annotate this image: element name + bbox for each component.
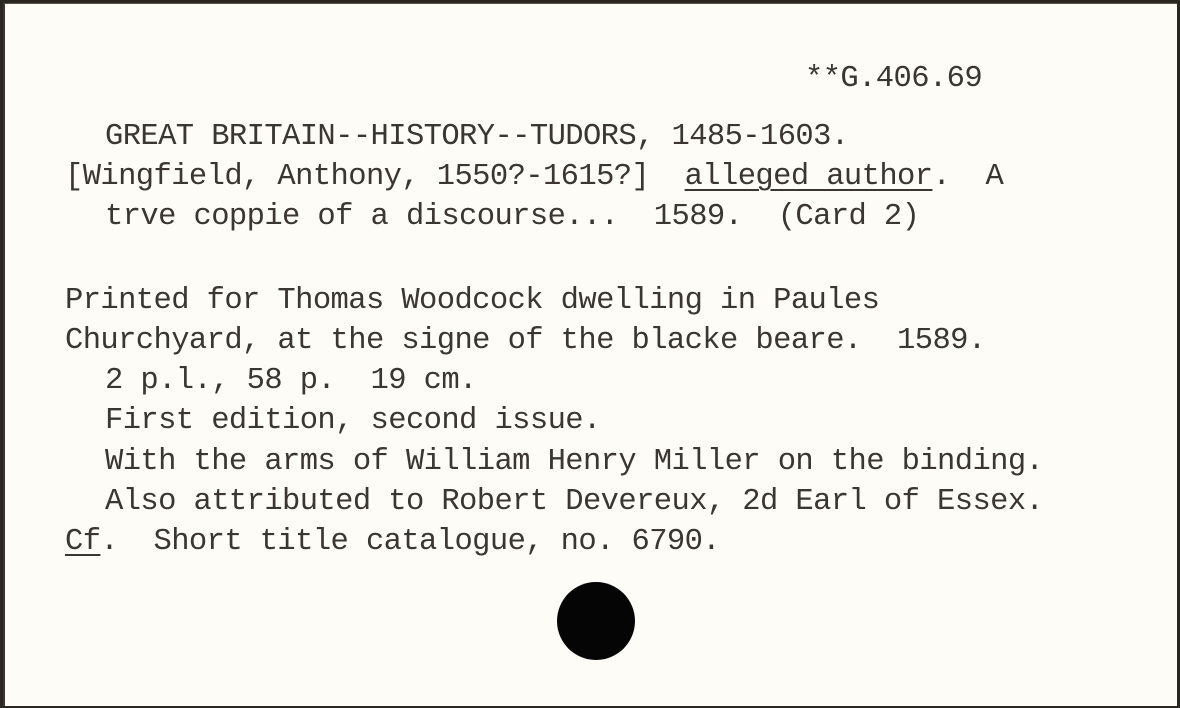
imprint-line-1: Printed for Thomas Woodcock dwelling in … xyxy=(65,286,879,317)
cf-abbrev: Cf xyxy=(65,525,100,559)
author-line: [Wingfield, Anthony, 1550?-1615?] allege… xyxy=(65,162,1003,193)
note-edition: First edition, second issue. xyxy=(105,406,601,437)
reference-text: . Short title catalogue, no. 6790. xyxy=(100,525,720,559)
note-binding: With the arms of William Henry Miller on… xyxy=(105,447,1043,478)
punch-hole xyxy=(557,582,635,660)
reference-line: Cf. Short title catalogue, no. 6790. xyxy=(65,527,720,558)
author-line-suffix: . A xyxy=(932,160,1003,194)
title-line: trve coppie of a discourse... 1589. (Car… xyxy=(105,202,919,233)
collation: 2 p.l., 58 p. 19 cm. xyxy=(105,366,477,397)
imprint-line-2: Churchyard, at the signe of the blacke b… xyxy=(65,326,986,357)
author-name: [Wingfield, Anthony, 1550?-1615?] xyxy=(65,160,649,194)
note-attribution: Also attributed to Robert Devereux, 2d E… xyxy=(105,487,1043,518)
alleged-author-note: alleged author xyxy=(685,160,933,194)
call-number: **G.406.69 xyxy=(805,64,982,95)
catalog-card: **G.406.69 GREAT BRITAIN--HISTORY--TUDOR… xyxy=(3,3,1177,706)
subject-heading: GREAT BRITAIN--HISTORY--TUDORS, 1485-160… xyxy=(105,122,849,153)
